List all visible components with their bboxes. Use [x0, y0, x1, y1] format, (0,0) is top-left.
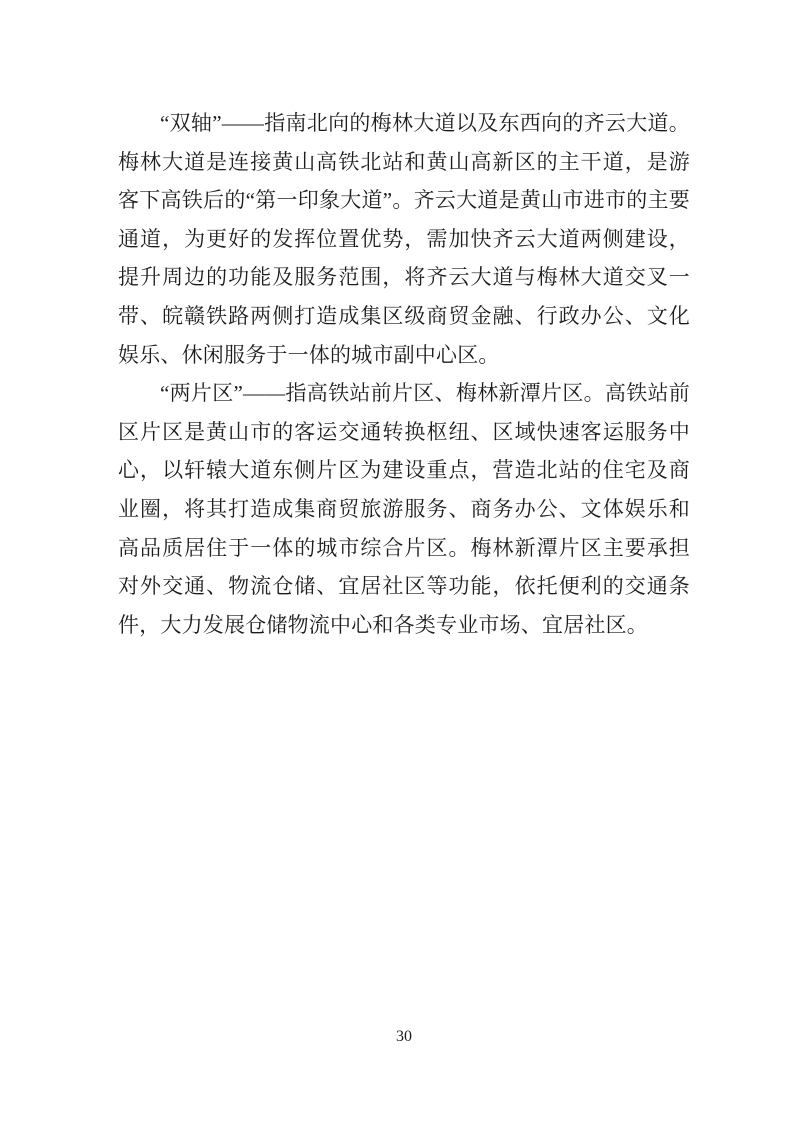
document-page: “双轴”——指南北向的梅林大道以及东西向的齐云大道。梅林大道是连接黄山高铁北站和…: [0, 0, 793, 1122]
page-number: 30: [396, 1028, 412, 1045]
document-body: “双轴”——指南北向的梅林大道以及东西向的齐云大道。梅林大道是连接黄山高铁北站和…: [118, 104, 690, 644]
paragraph-two-districts: “两片区”——指高铁站前片区、梅林新潭片区。高铁站前区片区是黄山市的客运交通转换…: [118, 374, 690, 644]
paragraph-dual-axes: “双轴”——指南北向的梅林大道以及东西向的齐云大道。梅林大道是连接黄山高铁北站和…: [118, 104, 690, 374]
page-footer: 30: [118, 1026, 690, 1048]
